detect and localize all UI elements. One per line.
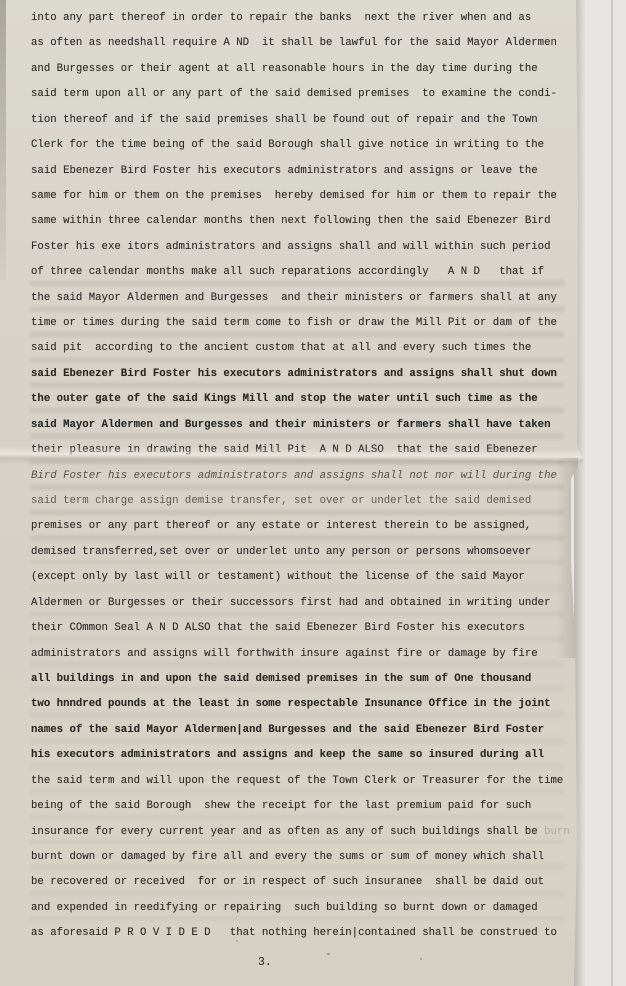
typewritten-text: into any part thereof in order to repair…: [31, 6, 576, 947]
text-line-10: Foster his exe itors administrators and …: [31, 235, 576, 260]
text-line-3: and Burgesses or their agent at all reas…: [31, 57, 576, 82]
text-line-16: the outer gate of the said Kings Mill an…: [31, 387, 576, 412]
paper-sheet: into any part thereof in order to repair…: [0, 0, 584, 986]
background-edge-line: [611, 0, 613, 986]
paper-speck: [236, 940, 238, 942]
text-line-33: insurance for every current year and as …: [31, 820, 576, 845]
fold-crease: [0, 446, 584, 467]
text-line-23: (except only by last will or testament) …: [31, 565, 576, 590]
paper-speck: [420, 958, 422, 960]
text-line-34: burnt down or damaged by fire all and ev…: [31, 845, 576, 870]
text-line-24: Aldermen or Burgesses or their successor…: [31, 591, 576, 616]
text-line-19: Bird Foster his executors administrators…: [31, 464, 576, 489]
text-line-9: same within three calendar months then n…: [31, 209, 576, 234]
text-line-6: Clerk for the time being of the said Bor…: [31, 133, 576, 158]
paper-speck: [327, 953, 330, 955]
text-line-8: same for him or them on the premises her…: [31, 184, 576, 209]
text-line-22: demised transferred,set over or underlet…: [31, 540, 576, 565]
text-line-11: of three calendar months make all such r…: [31, 260, 576, 285]
text-line-17: said Mayor Aldermen and Burgesses and th…: [31, 413, 576, 438]
text-line-21: premises or any part thereof or any esta…: [31, 514, 576, 539]
text-line-36: and expended in reedifying or repairing …: [31, 896, 576, 921]
text-line-4: said term upon all or any part of the sa…: [31, 82, 576, 107]
text-line-27: all buildings in and upon the said demis…: [31, 667, 576, 692]
text-line-12: the said Mayor Aldermen and Burgesses an…: [31, 286, 576, 311]
text-line-32: being of the said Borough shew the recei…: [31, 794, 576, 819]
text-line-7: said Ebenezer Bird Foster his executors …: [31, 159, 576, 184]
text-line-26: administrators and assigns will forthwit…: [31, 642, 576, 667]
text-line-25: their COmmon Seal A N D ALSO that the sa…: [31, 616, 576, 641]
text-line-14: said pit according to the ancient custom…: [31, 336, 576, 361]
text-line-35: be recovered or received for or in respe…: [31, 870, 576, 895]
scanned-document: into any part thereof in order to repair…: [0, 0, 626, 986]
paper-left-edge-shadow: [0, 0, 6, 280]
text-line-5: tion thereof and if the said premises sh…: [31, 108, 576, 133]
text-line-31: the said term and will upon the request …: [31, 769, 576, 794]
text-line-28: two hnndred pounds at the least in some …: [31, 692, 576, 717]
text-line-29: names of the said Mayor Aldermen|and Bur…: [31, 718, 576, 743]
text-line-2: as often as needshall require A ND it sh…: [31, 31, 576, 56]
text-line-37: as aforesaid P R O V I D E D that nothin…: [31, 921, 576, 946]
text-line-15: said Ebenezer Bird Foster his executors …: [31, 362, 576, 387]
text-line-30: his executors administrators and assigns…: [31, 743, 576, 768]
text-line-13: time or times during the said term come …: [31, 311, 576, 336]
page-number: 3.: [258, 956, 272, 969]
text-line-1: into any part thereof in order to repair…: [31, 6, 576, 31]
ghost-word: burn: [544, 826, 570, 838]
text-line-20: said term charge assign demise transfer,…: [31, 489, 576, 514]
